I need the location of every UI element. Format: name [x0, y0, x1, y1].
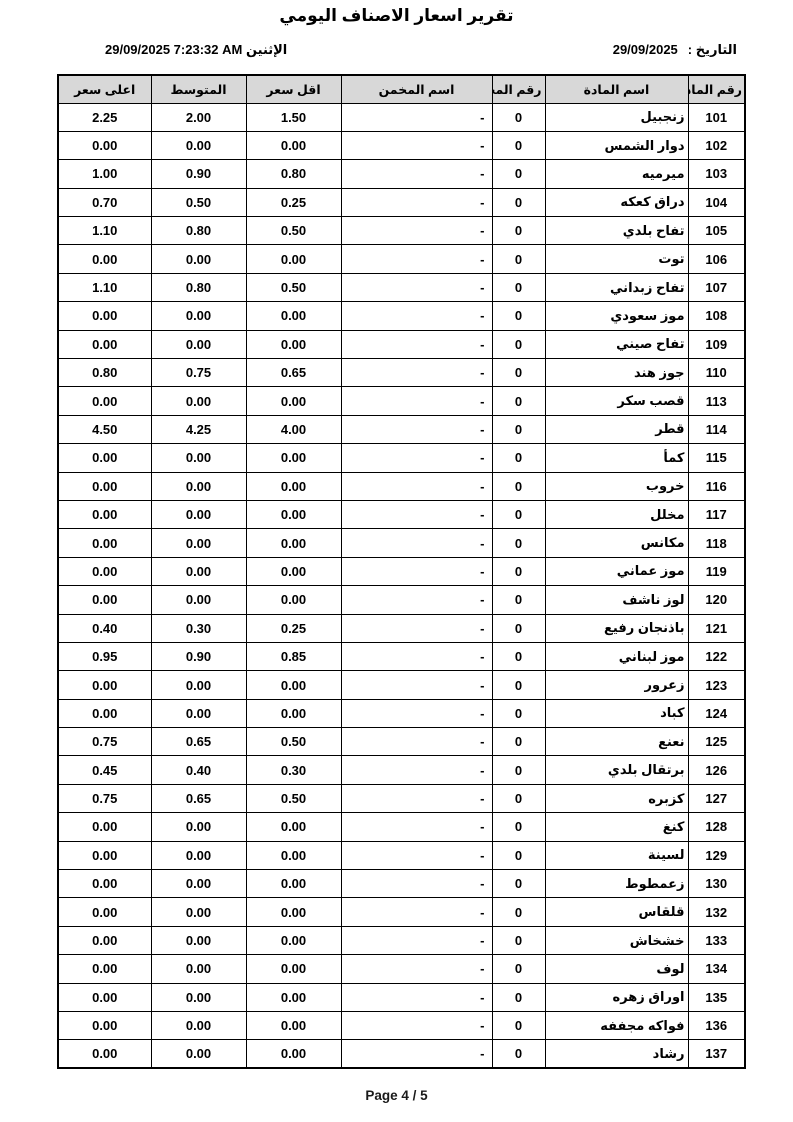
estimator-name-cell: -: [341, 728, 492, 756]
print-timestamp: الإثنين 29/09/2025 7:23:32 AM: [105, 42, 287, 58]
estimator-name-cell: -: [341, 131, 492, 159]
estimator-name-cell: -: [341, 529, 492, 557]
min-price-cell: 0.65: [246, 359, 341, 387]
item-number-cell: 130: [688, 870, 745, 898]
item-name-cell: كمأ: [545, 444, 688, 472]
estimator-number-cell: 0: [492, 529, 545, 557]
table-row: 135 اوراق زهره 0 - 0.00 0.00 0.00: [58, 983, 745, 1011]
estimator-number-cell: 0: [492, 983, 545, 1011]
avg-price-cell: 0.65: [151, 784, 246, 812]
table-row: 118 مكانس 0 - 0.00 0.00 0.00: [58, 529, 745, 557]
item-name-cell: رشاد: [545, 1040, 688, 1068]
min-price-cell: 0.00: [246, 302, 341, 330]
item-name-cell: تفاح صيني: [545, 330, 688, 358]
min-price-cell: 0.50: [246, 784, 341, 812]
table-row: 109 تفاح صيني 0 - 0.00 0.00 0.00: [58, 330, 745, 358]
avg-price-cell: 0.00: [151, 813, 246, 841]
min-price-cell: 1.50: [246, 103, 341, 131]
max-price-cell: 0.00: [58, 302, 151, 330]
max-price-cell: 1.10: [58, 273, 151, 301]
min-price-cell: 0.00: [246, 841, 341, 869]
item-name-cell: تفاح بلدي: [545, 217, 688, 245]
estimator-number-cell: 0: [492, 359, 545, 387]
item-number-cell: 129: [688, 841, 745, 869]
estimator-name-cell: -: [341, 955, 492, 983]
estimator-number-cell: 0: [492, 926, 545, 954]
estimator-name-cell: -: [341, 699, 492, 727]
table-row: 107 تفاح زبداني 0 - 0.50 0.80 1.10: [58, 273, 745, 301]
item-number-cell: 134: [688, 955, 745, 983]
avg-price-cell: 0.00: [151, 557, 246, 585]
table-row: 122 موز لبناني 0 - 0.85 0.90 0.95: [58, 642, 745, 670]
estimator-number-cell: 0: [492, 898, 545, 926]
min-price-cell: 0.00: [246, 586, 341, 614]
item-number-cell: 118: [688, 529, 745, 557]
max-price-cell: 0.00: [58, 500, 151, 528]
estimator-name-cell: -: [341, 415, 492, 443]
avg-price-cell: 0.90: [151, 160, 246, 188]
avg-price-cell: 0.50: [151, 188, 246, 216]
item-number-cell: 124: [688, 699, 745, 727]
max-price-cell: 0.00: [58, 586, 151, 614]
estimator-name-cell: -: [341, 983, 492, 1011]
item-name-cell: اوراق زهره: [545, 983, 688, 1011]
estimator-name-cell: -: [341, 926, 492, 954]
estimator-name-cell: -: [341, 302, 492, 330]
estimator-number-cell: 0: [492, 131, 545, 159]
avg-price-cell: 0.00: [151, 444, 246, 472]
estimator-name-cell: -: [341, 273, 492, 301]
item-number-cell: 107: [688, 273, 745, 301]
item-number-cell: 103: [688, 160, 745, 188]
max-price-cell: 0.45: [58, 756, 151, 784]
table-row: 123 زعرور 0 - 0.00 0.00 0.00: [58, 671, 745, 699]
report-date: التاريخ :29/09/2025: [613, 42, 737, 58]
estimator-name-cell: -: [341, 614, 492, 642]
table-row: 120 لوز ناشف 0 - 0.00 0.00 0.00: [58, 586, 745, 614]
estimator-number-cell: 0: [492, 955, 545, 983]
item-number-cell: 115: [688, 444, 745, 472]
estimator-name-cell: -: [341, 756, 492, 784]
table-row: 103 ميرميه 0 - 0.80 0.90 1.00: [58, 160, 745, 188]
item-number-cell: 135: [688, 983, 745, 1011]
min-price-cell: 0.50: [246, 728, 341, 756]
estimator-number-cell: 0: [492, 472, 545, 500]
min-price-cell: 0.00: [246, 500, 341, 528]
max-price-cell: 0.00: [58, 387, 151, 415]
item-number-cell: 127: [688, 784, 745, 812]
avg-price-cell: 0.00: [151, 1040, 246, 1068]
item-number-cell: 109: [688, 330, 745, 358]
max-price-cell: 0.00: [58, 131, 151, 159]
min-price-cell: 0.80: [246, 160, 341, 188]
max-price-cell: 0.00: [58, 813, 151, 841]
table-header-row: رقم المادة اسم المادة رقم المخمن اسم الم…: [58, 75, 745, 103]
max-price-cell: 0.00: [58, 1040, 151, 1068]
min-price-cell: 0.00: [246, 131, 341, 159]
item-name-cell: لسينة: [545, 841, 688, 869]
min-price-cell: 0.00: [246, 472, 341, 500]
item-number-cell: 136: [688, 1012, 745, 1040]
item-name-cell: خروب: [545, 472, 688, 500]
estimator-number-cell: 0: [492, 586, 545, 614]
avg-price-cell: 0.90: [151, 642, 246, 670]
min-price-cell: 0.00: [246, 813, 341, 841]
header-item-number: رقم المادة: [688, 75, 745, 103]
estimator-name-cell: -: [341, 217, 492, 245]
table-row: 105 تفاح بلدي 0 - 0.50 0.80 1.10: [58, 217, 745, 245]
estimator-name-cell: -: [341, 444, 492, 472]
avg-price-cell: 0.00: [151, 841, 246, 869]
max-price-cell: 1.00: [58, 160, 151, 188]
estimator-number-cell: 0: [492, 217, 545, 245]
estimator-name-cell: -: [341, 557, 492, 585]
min-price-cell: 0.00: [246, 898, 341, 926]
estimator-number-cell: 0: [492, 245, 545, 273]
estimator-name-cell: -: [341, 841, 492, 869]
item-name-cell: فواكه مجففه: [545, 1012, 688, 1040]
item-number-cell: 120: [688, 586, 745, 614]
min-price-cell: 0.00: [246, 1012, 341, 1040]
avg-price-cell: 0.00: [151, 302, 246, 330]
min-price-cell: 0.25: [246, 188, 341, 216]
header-min-price: اقل سعر: [246, 75, 341, 103]
item-name-cell: باذنجان رفيع: [545, 614, 688, 642]
max-price-cell: 0.00: [58, 529, 151, 557]
estimator-name-cell: -: [341, 813, 492, 841]
date-label: التاريخ :: [688, 42, 737, 57]
max-price-cell: 0.00: [58, 841, 151, 869]
max-price-cell: 0.70: [58, 188, 151, 216]
max-price-cell: 1.10: [58, 217, 151, 245]
avg-price-cell: 0.00: [151, 898, 246, 926]
estimator-number-cell: 0: [492, 784, 545, 812]
estimator-number-cell: 0: [492, 387, 545, 415]
min-price-cell: 0.00: [246, 330, 341, 358]
avg-price-cell: 0.00: [151, 245, 246, 273]
avg-price-cell: 0.00: [151, 586, 246, 614]
table-row: 126 برتقال بلدي 0 - 0.30 0.40 0.45: [58, 756, 745, 784]
item-name-cell: تفاح زبداني: [545, 273, 688, 301]
max-price-cell: 0.00: [58, 444, 151, 472]
max-price-cell: 0.00: [58, 926, 151, 954]
item-name-cell: زعرور: [545, 671, 688, 699]
item-number-cell: 119: [688, 557, 745, 585]
item-name-cell: قلقاس: [545, 898, 688, 926]
header-item-name: اسم المادة: [545, 75, 688, 103]
item-name-cell: كزبره: [545, 784, 688, 812]
estimator-number-cell: 0: [492, 103, 545, 131]
item-number-cell: 116: [688, 472, 745, 500]
item-number-cell: 123: [688, 671, 745, 699]
item-name-cell: موز سعودي: [545, 302, 688, 330]
estimator-number-cell: 0: [492, 699, 545, 727]
table-row: 116 خروب 0 - 0.00 0.00 0.00: [58, 472, 745, 500]
item-name-cell: موز عماني: [545, 557, 688, 585]
item-name-cell: لوف: [545, 955, 688, 983]
estimator-number-cell: 0: [492, 330, 545, 358]
print-datetime: 29/09/2025 7:23:32 AM: [105, 42, 242, 57]
item-number-cell: 125: [688, 728, 745, 756]
estimator-number-cell: 0: [492, 415, 545, 443]
item-number-cell: 122: [688, 642, 745, 670]
estimator-name-cell: -: [341, 586, 492, 614]
item-number-cell: 117: [688, 500, 745, 528]
min-price-cell: 0.85: [246, 642, 341, 670]
daily-prices-table: رقم المادة اسم المادة رقم المخمن اسم الم…: [57, 74, 746, 1069]
header-estimator-name: اسم المخمن: [341, 75, 492, 103]
estimator-number-cell: 0: [492, 642, 545, 670]
item-number-cell: 137: [688, 1040, 745, 1068]
table-row: 101 زنجبيل 0 - 1.50 2.00 2.25: [58, 103, 745, 131]
table-row: 121 باذنجان رفيع 0 - 0.25 0.30 0.40: [58, 614, 745, 642]
min-price-cell: 0.00: [246, 529, 341, 557]
avg-price-cell: 0.40: [151, 756, 246, 784]
estimator-name-cell: -: [341, 1012, 492, 1040]
avg-price-cell: 0.00: [151, 500, 246, 528]
min-price-cell: 0.50: [246, 273, 341, 301]
item-number-cell: 105: [688, 217, 745, 245]
max-price-cell: 0.80: [58, 359, 151, 387]
min-price-cell: 0.00: [246, 671, 341, 699]
table-row: 137 رشاد 0 - 0.00 0.00 0.00: [58, 1040, 745, 1068]
min-price-cell: 0.00: [246, 557, 341, 585]
table-row: 104 دراق كعكه 0 - 0.25 0.50 0.70: [58, 188, 745, 216]
min-price-cell: 0.00: [246, 444, 341, 472]
item-name-cell: كنغ: [545, 813, 688, 841]
table-row: 114 قطر 0 - 4.00 4.25 4.50: [58, 415, 745, 443]
report-page: تقرير اسعار الاصناف اليومي الإثنين 29/09…: [0, 0, 793, 1122]
estimator-name-cell: -: [341, 671, 492, 699]
item-name-cell: نعنع: [545, 728, 688, 756]
table-row: 124 كباد 0 - 0.00 0.00 0.00: [58, 699, 745, 727]
item-number-cell: 121: [688, 614, 745, 642]
item-name-cell: زعمطوط: [545, 870, 688, 898]
max-price-cell: 0.00: [58, 245, 151, 273]
estimator-number-cell: 0: [492, 273, 545, 301]
avg-price-cell: 0.00: [151, 529, 246, 557]
table-row: 117 مخلل 0 - 0.00 0.00 0.00: [58, 500, 745, 528]
min-price-cell: 0.00: [246, 870, 341, 898]
item-number-cell: 110: [688, 359, 745, 387]
avg-price-cell: 0.00: [151, 330, 246, 358]
min-price-cell: 0.50: [246, 217, 341, 245]
item-number-cell: 106: [688, 245, 745, 273]
item-name-cell: كباد: [545, 699, 688, 727]
day-name: الإثنين: [246, 42, 287, 57]
estimator-name-cell: -: [341, 103, 492, 131]
estimator-number-cell: 0: [492, 188, 545, 216]
header-max-price: اعلى سعر: [58, 75, 151, 103]
item-name-cell: قطر: [545, 415, 688, 443]
min-price-cell: 0.00: [246, 926, 341, 954]
max-price-cell: 0.00: [58, 1012, 151, 1040]
estimator-number-cell: 0: [492, 870, 545, 898]
estimator-name-cell: -: [341, 784, 492, 812]
estimator-name-cell: -: [341, 642, 492, 670]
table-row: 125 نعنع 0 - 0.50 0.65 0.75: [58, 728, 745, 756]
page-number: Page 4 / 5: [0, 1088, 793, 1103]
max-price-cell: 0.75: [58, 784, 151, 812]
item-name-cell: موز لبناني: [545, 642, 688, 670]
avg-price-cell: 0.00: [151, 955, 246, 983]
estimator-number-cell: 0: [492, 1012, 545, 1040]
table-row: 113 قصب سكر 0 - 0.00 0.00 0.00: [58, 387, 745, 415]
header-avg-price: المتوسط: [151, 75, 246, 103]
estimator-name-cell: -: [341, 160, 492, 188]
avg-price-cell: 0.80: [151, 217, 246, 245]
avg-price-cell: 0.00: [151, 983, 246, 1011]
avg-price-cell: 0.30: [151, 614, 246, 642]
min-price-cell: 0.00: [246, 699, 341, 727]
estimator-number-cell: 0: [492, 756, 545, 784]
estimator-number-cell: 0: [492, 500, 545, 528]
avg-price-cell: 0.00: [151, 671, 246, 699]
table-row: 136 فواكه مجففه 0 - 0.00 0.00 0.00: [58, 1012, 745, 1040]
estimator-name-cell: -: [341, 1040, 492, 1068]
avg-price-cell: 0.65: [151, 728, 246, 756]
header-estimator-number: رقم المخمن: [492, 75, 545, 103]
table-row: 130 زعمطوط 0 - 0.00 0.00 0.00: [58, 870, 745, 898]
item-number-cell: 114: [688, 415, 745, 443]
avg-price-cell: 0.00: [151, 1012, 246, 1040]
avg-price-cell: 0.00: [151, 472, 246, 500]
table-row: 108 موز سعودي 0 - 0.00 0.00 0.00: [58, 302, 745, 330]
item-number-cell: 113: [688, 387, 745, 415]
estimator-name-cell: -: [341, 359, 492, 387]
date-value: 29/09/2025: [613, 42, 678, 57]
item-name-cell: دراق كعكه: [545, 188, 688, 216]
item-number-cell: 126: [688, 756, 745, 784]
max-price-cell: 2.25: [58, 103, 151, 131]
item-number-cell: 101: [688, 103, 745, 131]
max-price-cell: 0.00: [58, 671, 151, 699]
estimator-number-cell: 0: [492, 728, 545, 756]
estimator-name-cell: -: [341, 870, 492, 898]
max-price-cell: 0.00: [58, 955, 151, 983]
avg-price-cell: 0.75: [151, 359, 246, 387]
max-price-cell: 0.75: [58, 728, 151, 756]
estimator-number-cell: 0: [492, 614, 545, 642]
item-name-cell: برتقال بلدي: [545, 756, 688, 784]
table-row: 110 جوز هند 0 - 0.65 0.75 0.80: [58, 359, 745, 387]
item-name-cell: ميرميه: [545, 160, 688, 188]
estimator-number-cell: 0: [492, 302, 545, 330]
item-name-cell: جوز هند: [545, 359, 688, 387]
avg-price-cell: 0.80: [151, 273, 246, 301]
item-number-cell: 108: [688, 302, 745, 330]
table-row: 133 خشخاش 0 - 0.00 0.00 0.00: [58, 926, 745, 954]
estimator-number-cell: 0: [492, 160, 545, 188]
estimator-number-cell: 0: [492, 841, 545, 869]
max-price-cell: 0.00: [58, 557, 151, 585]
avg-price-cell: 0.00: [151, 387, 246, 415]
item-number-cell: 104: [688, 188, 745, 216]
avg-price-cell: 0.00: [151, 870, 246, 898]
table-row: 134 لوف 0 - 0.00 0.00 0.00: [58, 955, 745, 983]
table-row: 115 كمأ 0 - 0.00 0.00 0.00: [58, 444, 745, 472]
max-price-cell: 0.40: [58, 614, 151, 642]
avg-price-cell: 0.00: [151, 131, 246, 159]
min-price-cell: 0.00: [246, 387, 341, 415]
estimator-name-cell: -: [341, 472, 492, 500]
max-price-cell: 0.00: [58, 472, 151, 500]
max-price-cell: 0.00: [58, 898, 151, 926]
item-number-cell: 132: [688, 898, 745, 926]
avg-price-cell: 0.00: [151, 926, 246, 954]
item-name-cell: خشخاش: [545, 926, 688, 954]
estimator-name-cell: -: [341, 188, 492, 216]
max-price-cell: 0.00: [58, 870, 151, 898]
max-price-cell: 0.00: [58, 699, 151, 727]
table-row: 127 كزبره 0 - 0.50 0.65 0.75: [58, 784, 745, 812]
item-name-cell: مكانس: [545, 529, 688, 557]
max-price-cell: 0.00: [58, 983, 151, 1011]
estimator-name-cell: -: [341, 330, 492, 358]
estimator-number-cell: 0: [492, 444, 545, 472]
avg-price-cell: 0.00: [151, 699, 246, 727]
max-price-cell: 0.00: [58, 330, 151, 358]
estimator-name-cell: -: [341, 245, 492, 273]
item-number-cell: 102: [688, 131, 745, 159]
page-title: تقرير اسعار الاصناف اليومي: [0, 6, 793, 26]
max-price-cell: 0.95: [58, 642, 151, 670]
max-price-cell: 4.50: [58, 415, 151, 443]
table-row: 129 لسينة 0 - 0.00 0.00 0.00: [58, 841, 745, 869]
table-row: 128 كنغ 0 - 0.00 0.00 0.00: [58, 813, 745, 841]
table-row: 102 دوار الشمس 0 - 0.00 0.00 0.00: [58, 131, 745, 159]
item-number-cell: 128: [688, 813, 745, 841]
min-price-cell: 0.30: [246, 756, 341, 784]
item-name-cell: توت: [545, 245, 688, 273]
item-name-cell: زنجبيل: [545, 103, 688, 131]
avg-price-cell: 2.00: [151, 103, 246, 131]
item-name-cell: لوز ناشف: [545, 586, 688, 614]
min-price-cell: 0.25: [246, 614, 341, 642]
estimator-name-cell: -: [341, 387, 492, 415]
min-price-cell: 0.00: [246, 1040, 341, 1068]
table-row: 119 موز عماني 0 - 0.00 0.00 0.00: [58, 557, 745, 585]
estimator-number-cell: 0: [492, 557, 545, 585]
table-row: 106 توت 0 - 0.00 0.00 0.00: [58, 245, 745, 273]
estimator-number-cell: 0: [492, 813, 545, 841]
min-price-cell: 0.00: [246, 983, 341, 1011]
estimator-number-cell: 0: [492, 1040, 545, 1068]
min-price-cell: 0.00: [246, 955, 341, 983]
price-table-body: 101 زنجبيل 0 - 1.50 2.00 2.25 102 دوار ا…: [58, 103, 745, 1068]
min-price-cell: 4.00: [246, 415, 341, 443]
table-row: 132 قلقاس 0 - 0.00 0.00 0.00: [58, 898, 745, 926]
item-number-cell: 133: [688, 926, 745, 954]
estimator-number-cell: 0: [492, 671, 545, 699]
estimator-name-cell: -: [341, 898, 492, 926]
item-name-cell: قصب سكر: [545, 387, 688, 415]
min-price-cell: 0.00: [246, 245, 341, 273]
item-name-cell: مخلل: [545, 500, 688, 528]
item-name-cell: دوار الشمس: [545, 131, 688, 159]
estimator-name-cell: -: [341, 500, 492, 528]
avg-price-cell: 4.25: [151, 415, 246, 443]
